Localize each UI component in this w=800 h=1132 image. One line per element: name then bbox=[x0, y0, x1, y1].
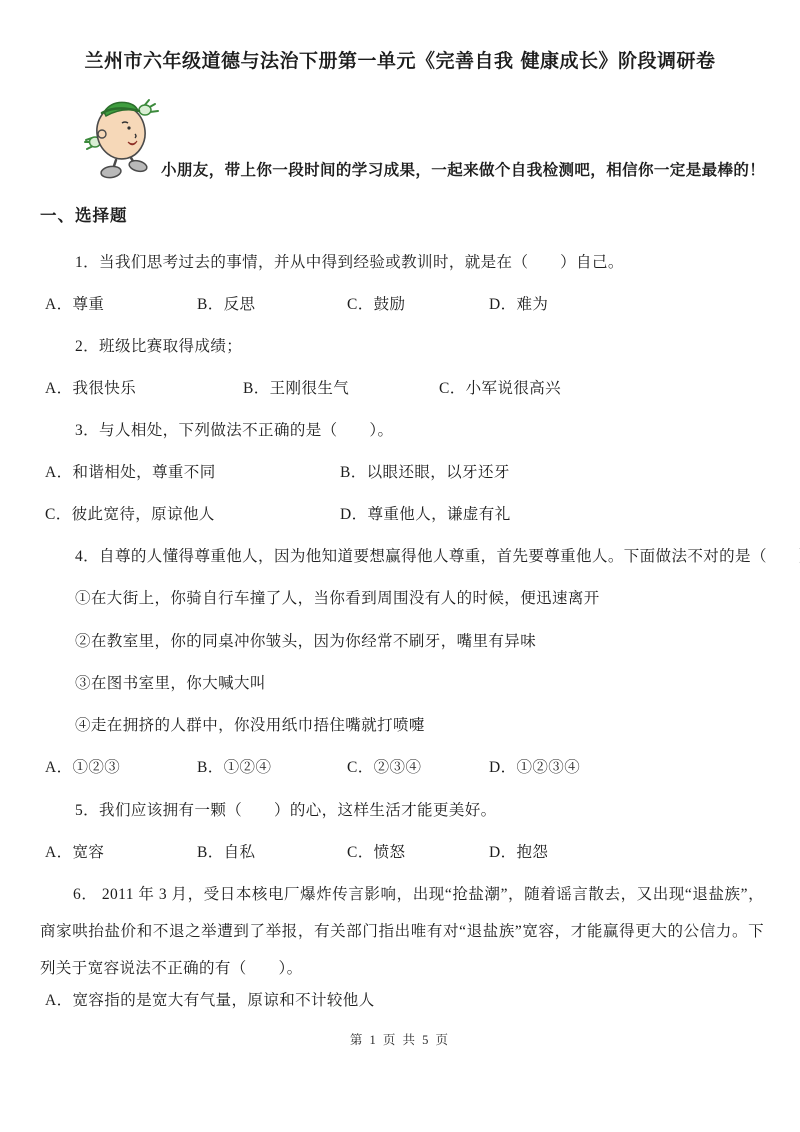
option-item: C．鼓励 bbox=[347, 292, 489, 314]
question-3-options-row2: C．彼此宽待，原谅他人 D．尊重他人，谦虚有礼 bbox=[45, 502, 511, 524]
option-item: B．王刚很生气 bbox=[243, 376, 439, 398]
page-footer: 第 1 页 共 5 页 bbox=[0, 1030, 800, 1048]
option-item: C．愤怒 bbox=[347, 840, 489, 862]
sub-item-1: ①在大街上，你骑自行车撞了人，当你看到周围没有人的时候，便迅速离开 bbox=[75, 586, 600, 608]
page-title: 兰州市六年级道德与法治下册第一单元《完善自我 健康成长》阶段调研卷 bbox=[0, 46, 800, 73]
question-stem-6: 6． 2011 年 3 月，受日本核电厂爆炸传言影响，出现“抢盐潮”，随着谣言散… bbox=[40, 876, 764, 987]
option-item: A．我很快乐 bbox=[45, 376, 243, 398]
question-stem-1: 1．当我们思考过去的事情，并从中得到经验或教训时，就是在（ ）自己。 bbox=[75, 250, 624, 272]
option-item: B．反思 bbox=[197, 292, 347, 314]
option-item: D．①②③④ bbox=[489, 755, 580, 777]
question-4-options: A．①②③ B．①②④ C．②③④ D．①②③④ bbox=[45, 755, 580, 777]
option-item: B．自私 bbox=[197, 840, 347, 862]
option-item: D．抱怨 bbox=[489, 840, 548, 862]
question-stem-2: 2．班级比赛取得成绩； bbox=[75, 334, 242, 356]
option-item: C．小军说很高兴 bbox=[439, 376, 561, 398]
exam-page: 兰州市六年级道德与法治下册第一单元《完善自我 健康成长》阶段调研卷 小朋友 bbox=[0, 0, 800, 1132]
intro-text: 小朋友，带上你一段时间的学习成果，一起来做个自我检测吧，相信你一定是最棒的！ bbox=[161, 158, 765, 180]
sub-item-3: ③在图书室里，你大喊大叫 bbox=[75, 671, 266, 693]
question-6-option-a: A．宽容指的是宽大有气量，原谅和不计较他人 bbox=[45, 988, 375, 1010]
question-stem-3: 3．与人相处，下列做法不正确的是（ ）。 bbox=[75, 418, 393, 440]
question-2-options: A．我很快乐 B．王刚很生气 C．小军说很高兴 bbox=[45, 376, 561, 398]
option-item: A．尊重 bbox=[45, 292, 197, 314]
question-stem-5: 5．我们应该拥有一颗（ ）的心，这样生活才能更美好。 bbox=[75, 798, 497, 820]
option-item: A．宽容 bbox=[45, 840, 197, 862]
sub-item-4: ④走在拥挤的人群中，你没用纸巾捂住嘴就打喷嚏 bbox=[75, 713, 425, 735]
option-item: D．尊重他人，谦虚有礼 bbox=[340, 502, 511, 524]
sub-item-2: ②在教室里，你的同桌冲你皱头，因为你经常不刷牙，嘴里有异味 bbox=[75, 629, 536, 651]
section-heading-choice: 一、选择题 bbox=[40, 202, 128, 226]
mascot-illustration bbox=[82, 90, 164, 182]
option-item: B．①②④ bbox=[197, 755, 347, 777]
question-1-options: A．尊重 B．反思 C．鼓励 D．难为 bbox=[45, 292, 548, 314]
option-item: C．彼此宽待，原谅他人 bbox=[45, 502, 340, 524]
question-5-options: A．宽容 B．自私 C．愤怒 D．抱怨 bbox=[45, 840, 548, 862]
option-item: D．难为 bbox=[489, 292, 548, 314]
option-item: A．①②③ bbox=[45, 755, 197, 777]
option-item: B．以眼还眼，以牙还牙 bbox=[340, 460, 510, 482]
question-3-options-row1: A．和谐相处，尊重不同 B．以眼还眼，以牙还牙 bbox=[45, 460, 510, 482]
option-item: A．和谐相处，尊重不同 bbox=[45, 460, 340, 482]
option-item: C．②③④ bbox=[347, 755, 489, 777]
mascot-hand-right bbox=[139, 100, 158, 115]
question-stem-4: 4．自尊的人懂得尊重他人，因为他知道要想赢得他人尊重，首先要尊重他人。下面做法不… bbox=[75, 544, 800, 566]
